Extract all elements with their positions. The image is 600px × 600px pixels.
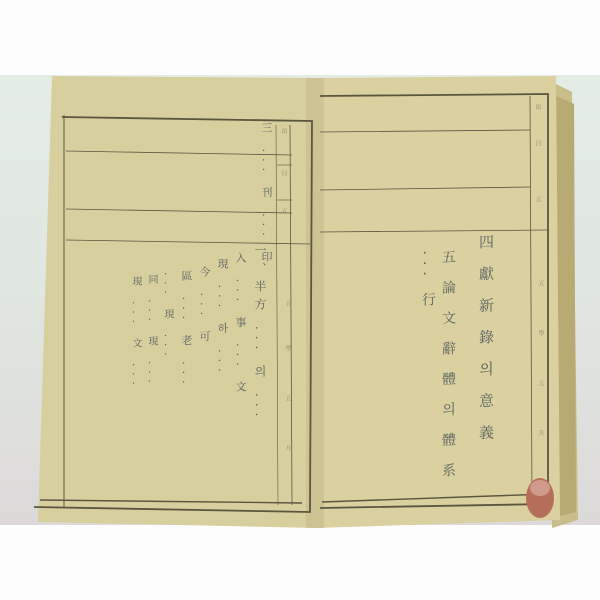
left-margin-mark-2: 學 (283, 345, 292, 354)
left-header-label-1: 印 (279, 128, 288, 137)
left-line-7: 同 ... 現 ... (144, 274, 159, 495)
open-book: 印 目 五 三 ... 刊 ... 印 一、半方 ... 의 ... 入 ...… (0, 0, 600, 600)
right-header-label-2: 目 (533, 140, 542, 149)
right-header-label-3: 五 (533, 196, 542, 205)
right-margin-mark-3: 五 (536, 380, 545, 389)
left-margin-mark-4: 月 (283, 445, 292, 454)
left-line-3: 現 ... 하 ... (214, 258, 230, 509)
right-line-1: 四 獻 新 錄 의 意 義 (476, 234, 497, 475)
left-line-2: 入 ... 事 ... 文 (232, 252, 248, 503)
right-header-label-1: 印 (533, 104, 542, 113)
left-header-label-3: 五 (279, 208, 288, 217)
left-line-5: 區 ... 老 ... (178, 270, 194, 501)
left-line-8: 現 ... 文 ... (128, 276, 143, 477)
left-header-label-2: 目 (279, 170, 288, 179)
left-line-1: 一、半方 ... 의 ... (252, 244, 269, 505)
left-line-4: 今 ... 可 (196, 266, 212, 507)
right-margin-mark-1: 五 (536, 280, 545, 289)
left-margin-mark-3: 五 (283, 395, 292, 404)
right-margin-mark-2: 學 (536, 330, 545, 339)
right-margin-mark-4: 月 (536, 430, 545, 439)
left-line-6: ... 現 ... (160, 272, 175, 493)
book-pages (0, 0, 600, 600)
right-line-2: 五 論 文 辭 體 의 體 系 ... 行 (418, 249, 458, 510)
left-margin-mark-1: 五 (283, 300, 292, 309)
